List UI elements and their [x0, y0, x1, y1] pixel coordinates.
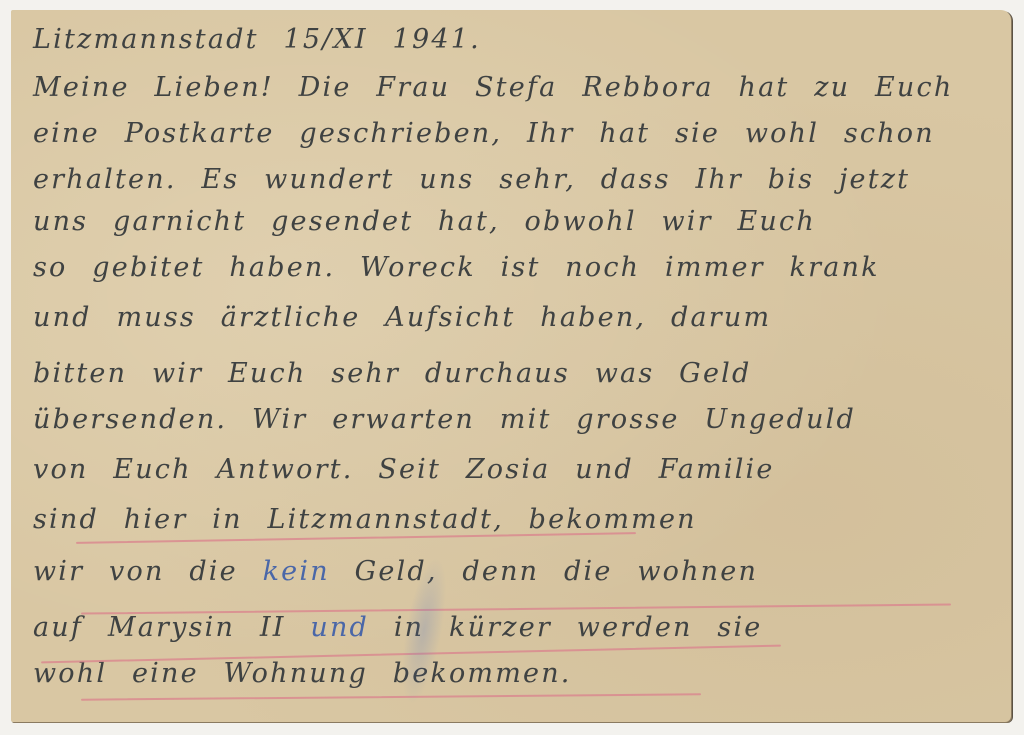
handwritten-letter: Litzmannstadt 15/XI 1941. Meine Lieben! … [11, 10, 1011, 722]
letter-line-2: eine Postkarte geschrieben, Ihr hat sie … [33, 118, 935, 149]
letter-line-6: und muss ärztliche Aufsicht haben, darum [33, 302, 771, 333]
letter-line-10: sind hier in Litzmannstadt, bekommen [33, 504, 697, 535]
red-underline-4 [81, 693, 701, 700]
letter-line-5: so gebitet haben. Woreck ist noch immer … [33, 252, 880, 283]
letter-line-7: bitten wir Euch sehr durchaus was Geld [33, 358, 751, 389]
letter-line-11-start: wir von die [33, 556, 238, 587]
letter-line-3: erhalten. Es wundert uns sehr, dass Ihr … [33, 164, 910, 195]
place-date-heading: Litzmannstadt 15/XI 1941. [33, 24, 481, 55]
blue-ink-word-und: und [310, 612, 369, 643]
postcard: Litzmannstadt 15/XI 1941. Meine Lieben! … [11, 10, 1011, 722]
letter-line-12-end: in kürzer werden sie [394, 612, 763, 643]
letter-line-11: wir von die kein Geld, denn die wohnen [33, 556, 758, 587]
letter-line-8: übersenden. Wir erwarten mit grosse Unge… [33, 404, 856, 435]
letter-line-4: uns garnicht gesendet hat, obwohl wir Eu… [33, 206, 816, 237]
letter-line-9: von Euch Antwort. Seit Zosia und Familie [33, 454, 775, 485]
blue-ink-word-kein: kein [263, 556, 330, 587]
letter-line-13: wohl eine Wohnung bekommen. [33, 658, 572, 689]
letter-line-1: Meine Lieben! Die Frau Stefa Rebbora hat… [33, 72, 953, 103]
letter-line-12: auf Marysin II und in kürzer werden sie [33, 612, 762, 643]
letter-line-12-start: auf Marysin II [33, 612, 286, 643]
